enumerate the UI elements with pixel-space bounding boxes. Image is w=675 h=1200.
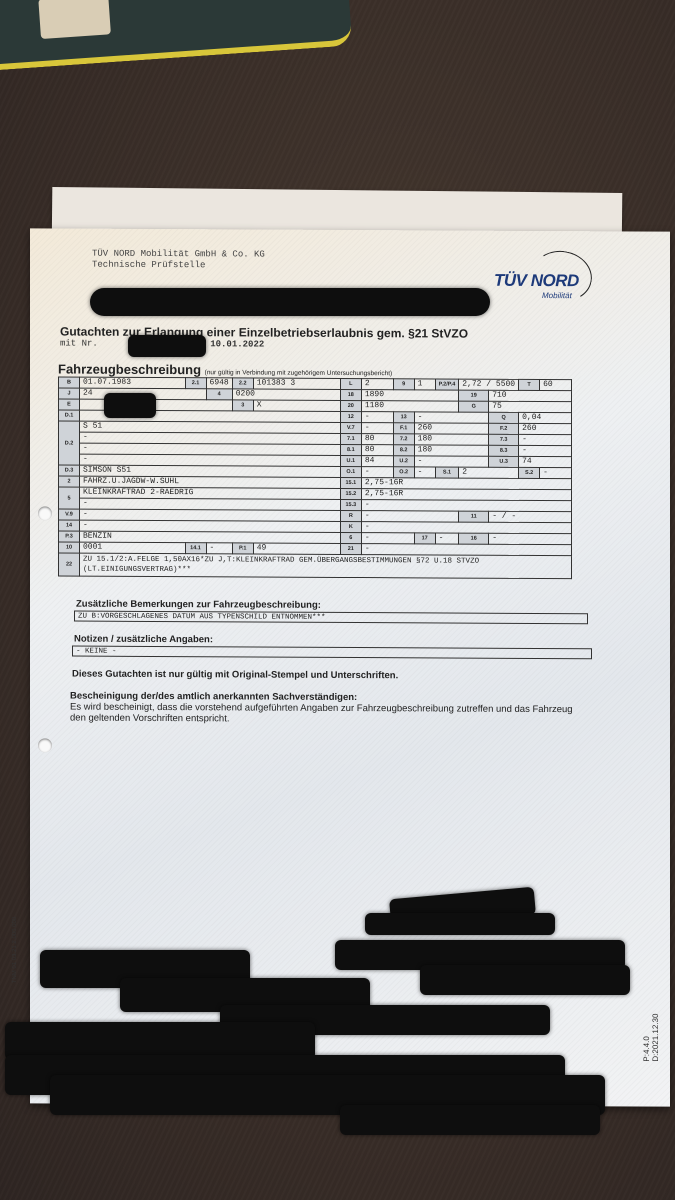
- redaction-signature: [365, 913, 555, 935]
- punch-hole: [38, 738, 52, 752]
- form-code-right: P:4.4.0 D:2021.12.30: [642, 1013, 660, 1061]
- punch-hole: [38, 506, 52, 520]
- redaction-signature: [420, 965, 630, 995]
- tuv-nord-logo: TÜV NORD Mobilität: [492, 251, 592, 307]
- redaction-number: [128, 335, 206, 357]
- redaction-signature: [340, 1105, 600, 1135]
- redaction-address: [90, 288, 490, 316]
- redaction-field-e: [104, 393, 156, 418]
- notes-title: Notizen / zusätzliche Angaben:: [74, 634, 213, 646]
- validity-note: Dieses Gutachten ist nur gültig mit Orig…: [72, 669, 398, 682]
- certification-text: Es wird bescheinigt, dass die vorstehend…: [70, 702, 590, 727]
- company-header: TÜV NORD Mobilität GmbH & Co. KG Technis…: [92, 249, 265, 272]
- section-title: Fahrzeugbeschreibung (nur gültig in Verb…: [58, 361, 392, 378]
- remarks-title: Zusätzliche Bemerkungen zur Fahrzeugbesc…: [76, 599, 321, 611]
- remarks-box: ZU B:VORGESCHLAGENES DATUM AUS TYPENSCHI…: [74, 611, 588, 625]
- notes-box: - KEINE -: [72, 646, 592, 660]
- form-code-left: TNM 01 03.21 2.000 000: [12, 917, 18, 983]
